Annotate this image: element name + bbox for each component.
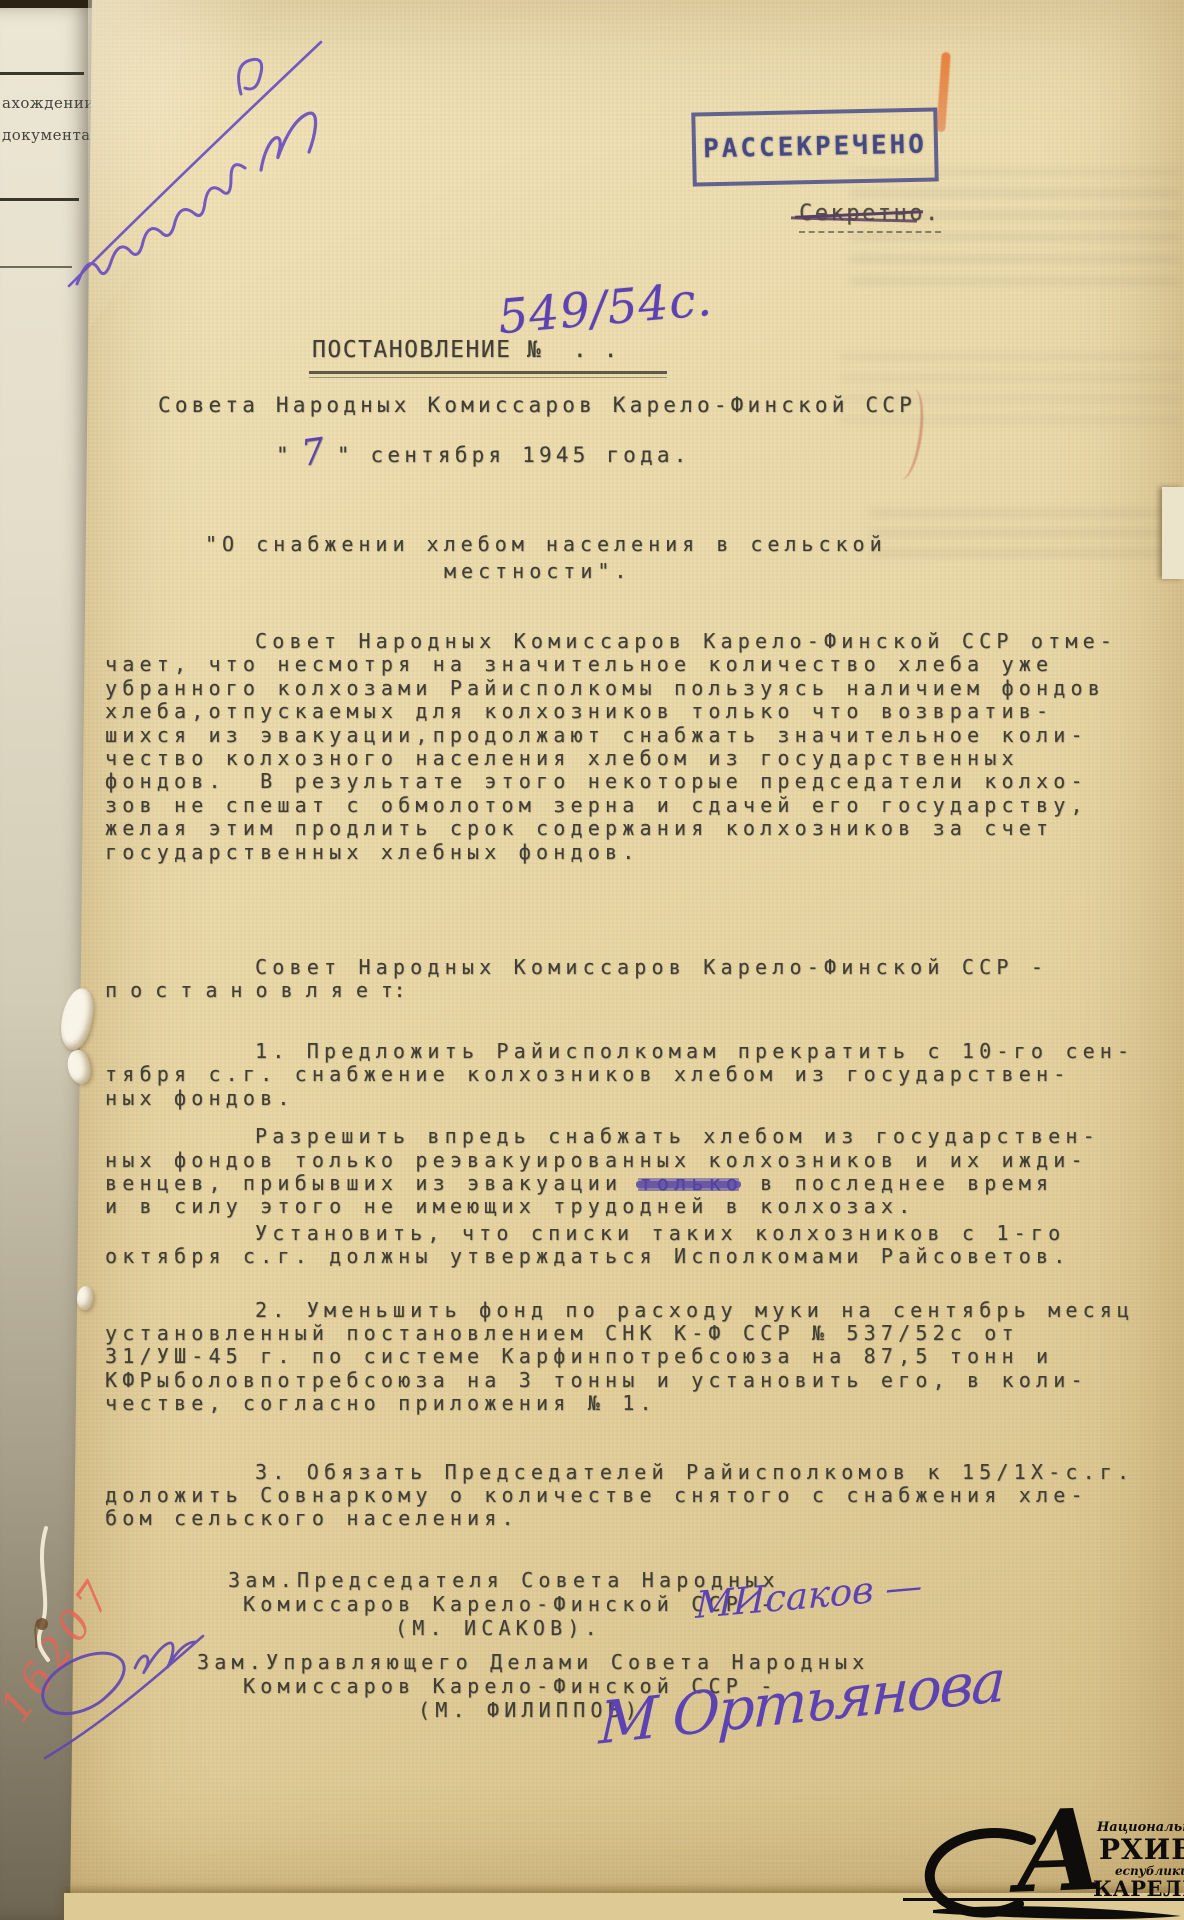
typed-line: Совет Народных Комиссаров Карело-Финской… — [105, 956, 1171, 979]
archive-logo-word: РХИВ — [1099, 1833, 1184, 1866]
typed-line: тября с.г. снабжение колхозников хлебом … — [105, 1063, 1171, 1086]
paragraph-item-3: 3. Обязать Председателей Райисполкомов к… — [105, 1461, 1171, 1531]
archive-watermark: А Национальный РХИВ еспублики КАРЕЛИЯ — [915, 1812, 1184, 1920]
typed-line: хлеба,отпускаемых для колхозников только… — [105, 700, 1171, 723]
ink-scribble-top-left — [55, 28, 345, 298]
struck-word: только — [639, 1171, 742, 1195]
typed-line: желая этим продлить срок содержания колх… — [105, 817, 1171, 840]
quill-feather-icon — [931, 1900, 1184, 1920]
date-line: "7" сентября 1945 года. — [276, 441, 691, 467]
typed-line: чает, что несмотря на значительное колич… — [105, 653, 1171, 676]
paragraph-item-1c: Установить, что списки таких колхозников… — [105, 1222, 1171, 1269]
title-underline — [309, 371, 667, 378]
paragraph-resolves: Совет Народных Комиссаров Карело-Финской… — [105, 956, 1171, 1003]
typed-line: и в силу этого не имеющих трудодней в ко… — [105, 1195, 1171, 1218]
typed-segment: венцев, прибывших из эвакуации — [105, 1171, 639, 1195]
declassified-stamp: РАССЕКРЕЧЕНО — [691, 107, 938, 186]
typed-line: 2. Уменьшить фонд по расходу муки на сен… — [105, 1299, 1171, 1322]
typed-line: п о с т а н о в л я е т: — [105, 979, 1171, 1002]
typed-line: честве, согласно приложения № 1. — [105, 1392, 1171, 1415]
adjacent-page-edge — [1162, 487, 1184, 579]
typed-line: зов не спешат с обмолотом зерна и сдачей… — [105, 794, 1171, 817]
paragraph-preamble: Совет Народных Комиссаров Карело-Финской… — [105, 630, 1171, 864]
paragraph-item-2: 2. Уменьшить фонд по расходу муки на сен… — [105, 1299, 1171, 1416]
typed-line: Установить, что списки таких колхозников… — [105, 1222, 1171, 1245]
subject-line: "О снабжении хлебом населения в сельской — [205, 532, 887, 556]
typed-line: ных фондов только реэвакуированных колхо… — [105, 1149, 1171, 1172]
binding-thread — [28, 1524, 72, 1664]
date-open-quote: " — [276, 443, 293, 467]
typed-segment: в последнее время — [743, 1171, 1053, 1195]
document-body: Совет Народных Комиссаров Карело-Финской… — [105, 630, 1171, 1531]
secret-label-crossed-out: Секретно. — [799, 201, 941, 233]
date-rest: " сентября 1945 года. — [337, 443, 691, 467]
typed-line: доложить Совнаркому о количестве снятого… — [105, 1484, 1171, 1507]
typed-line: венцев, прибывших из эвакуации только в … — [105, 1172, 1171, 1195]
typed-line: чество колхозного населения хлебом из го… — [105, 747, 1171, 770]
scanned-archive-document: { "page": { "facing": { "fragment1": "ах… — [0, 0, 1184, 1920]
typed-line: фондов. В результате этого некоторые пре… — [105, 770, 1171, 793]
typed-line: установленный постановлением СНК К-Ф ССР… — [105, 1322, 1171, 1345]
typed-line: государственных хлебных фондов. — [105, 841, 1171, 864]
paragraph-item-1: 1. Предложить Райисполкомам прекратить с… — [105, 1040, 1171, 1110]
typed-line: убранного колхозами Райисполкомы пользуя… — [105, 677, 1171, 700]
typed-line: 31/УШ-45 г. по системе Карфинпотребсоюза… — [105, 1345, 1171, 1368]
typed-line: 1. Предложить Райисполкомам прекратить с… — [105, 1040, 1171, 1063]
typed-line: шихся из эвакуации,продолжают снабжать з… — [105, 724, 1171, 747]
handwritten-day: 7 — [292, 440, 338, 466]
typed-line: бом сельского населения. — [105, 1507, 1171, 1530]
issuing-body-line: Совета Народных Комиссаров Карело-Финско… — [158, 393, 916, 417]
typed-line: ных фондов. — [105, 1087, 1171, 1110]
typed-line: КФРыболовпотребсоюза на 3 тонны и устано… — [105, 1369, 1171, 1392]
paragraph-item-1b: Разрешить впредь снабжать хлебом из госу… — [105, 1125, 1171, 1219]
signature1-name: (М. ИСАКОВ). — [395, 1616, 602, 1640]
typed-line: 3. Обязать Председателей Райисполкомов к… — [105, 1461, 1171, 1484]
typed-line: Разрешить впредь снабжать хлебом из госу… — [105, 1125, 1171, 1148]
decree-title: ПОСТАНОВЛЕНИЕ № . . — [312, 337, 619, 363]
typed-line: Совет Народных Комиссаров Карело-Финской… — [105, 630, 1171, 653]
subject-line: местности". — [444, 559, 631, 583]
typed-line: октября с.г. должны утверждаться Исполко… — [105, 1245, 1171, 1268]
